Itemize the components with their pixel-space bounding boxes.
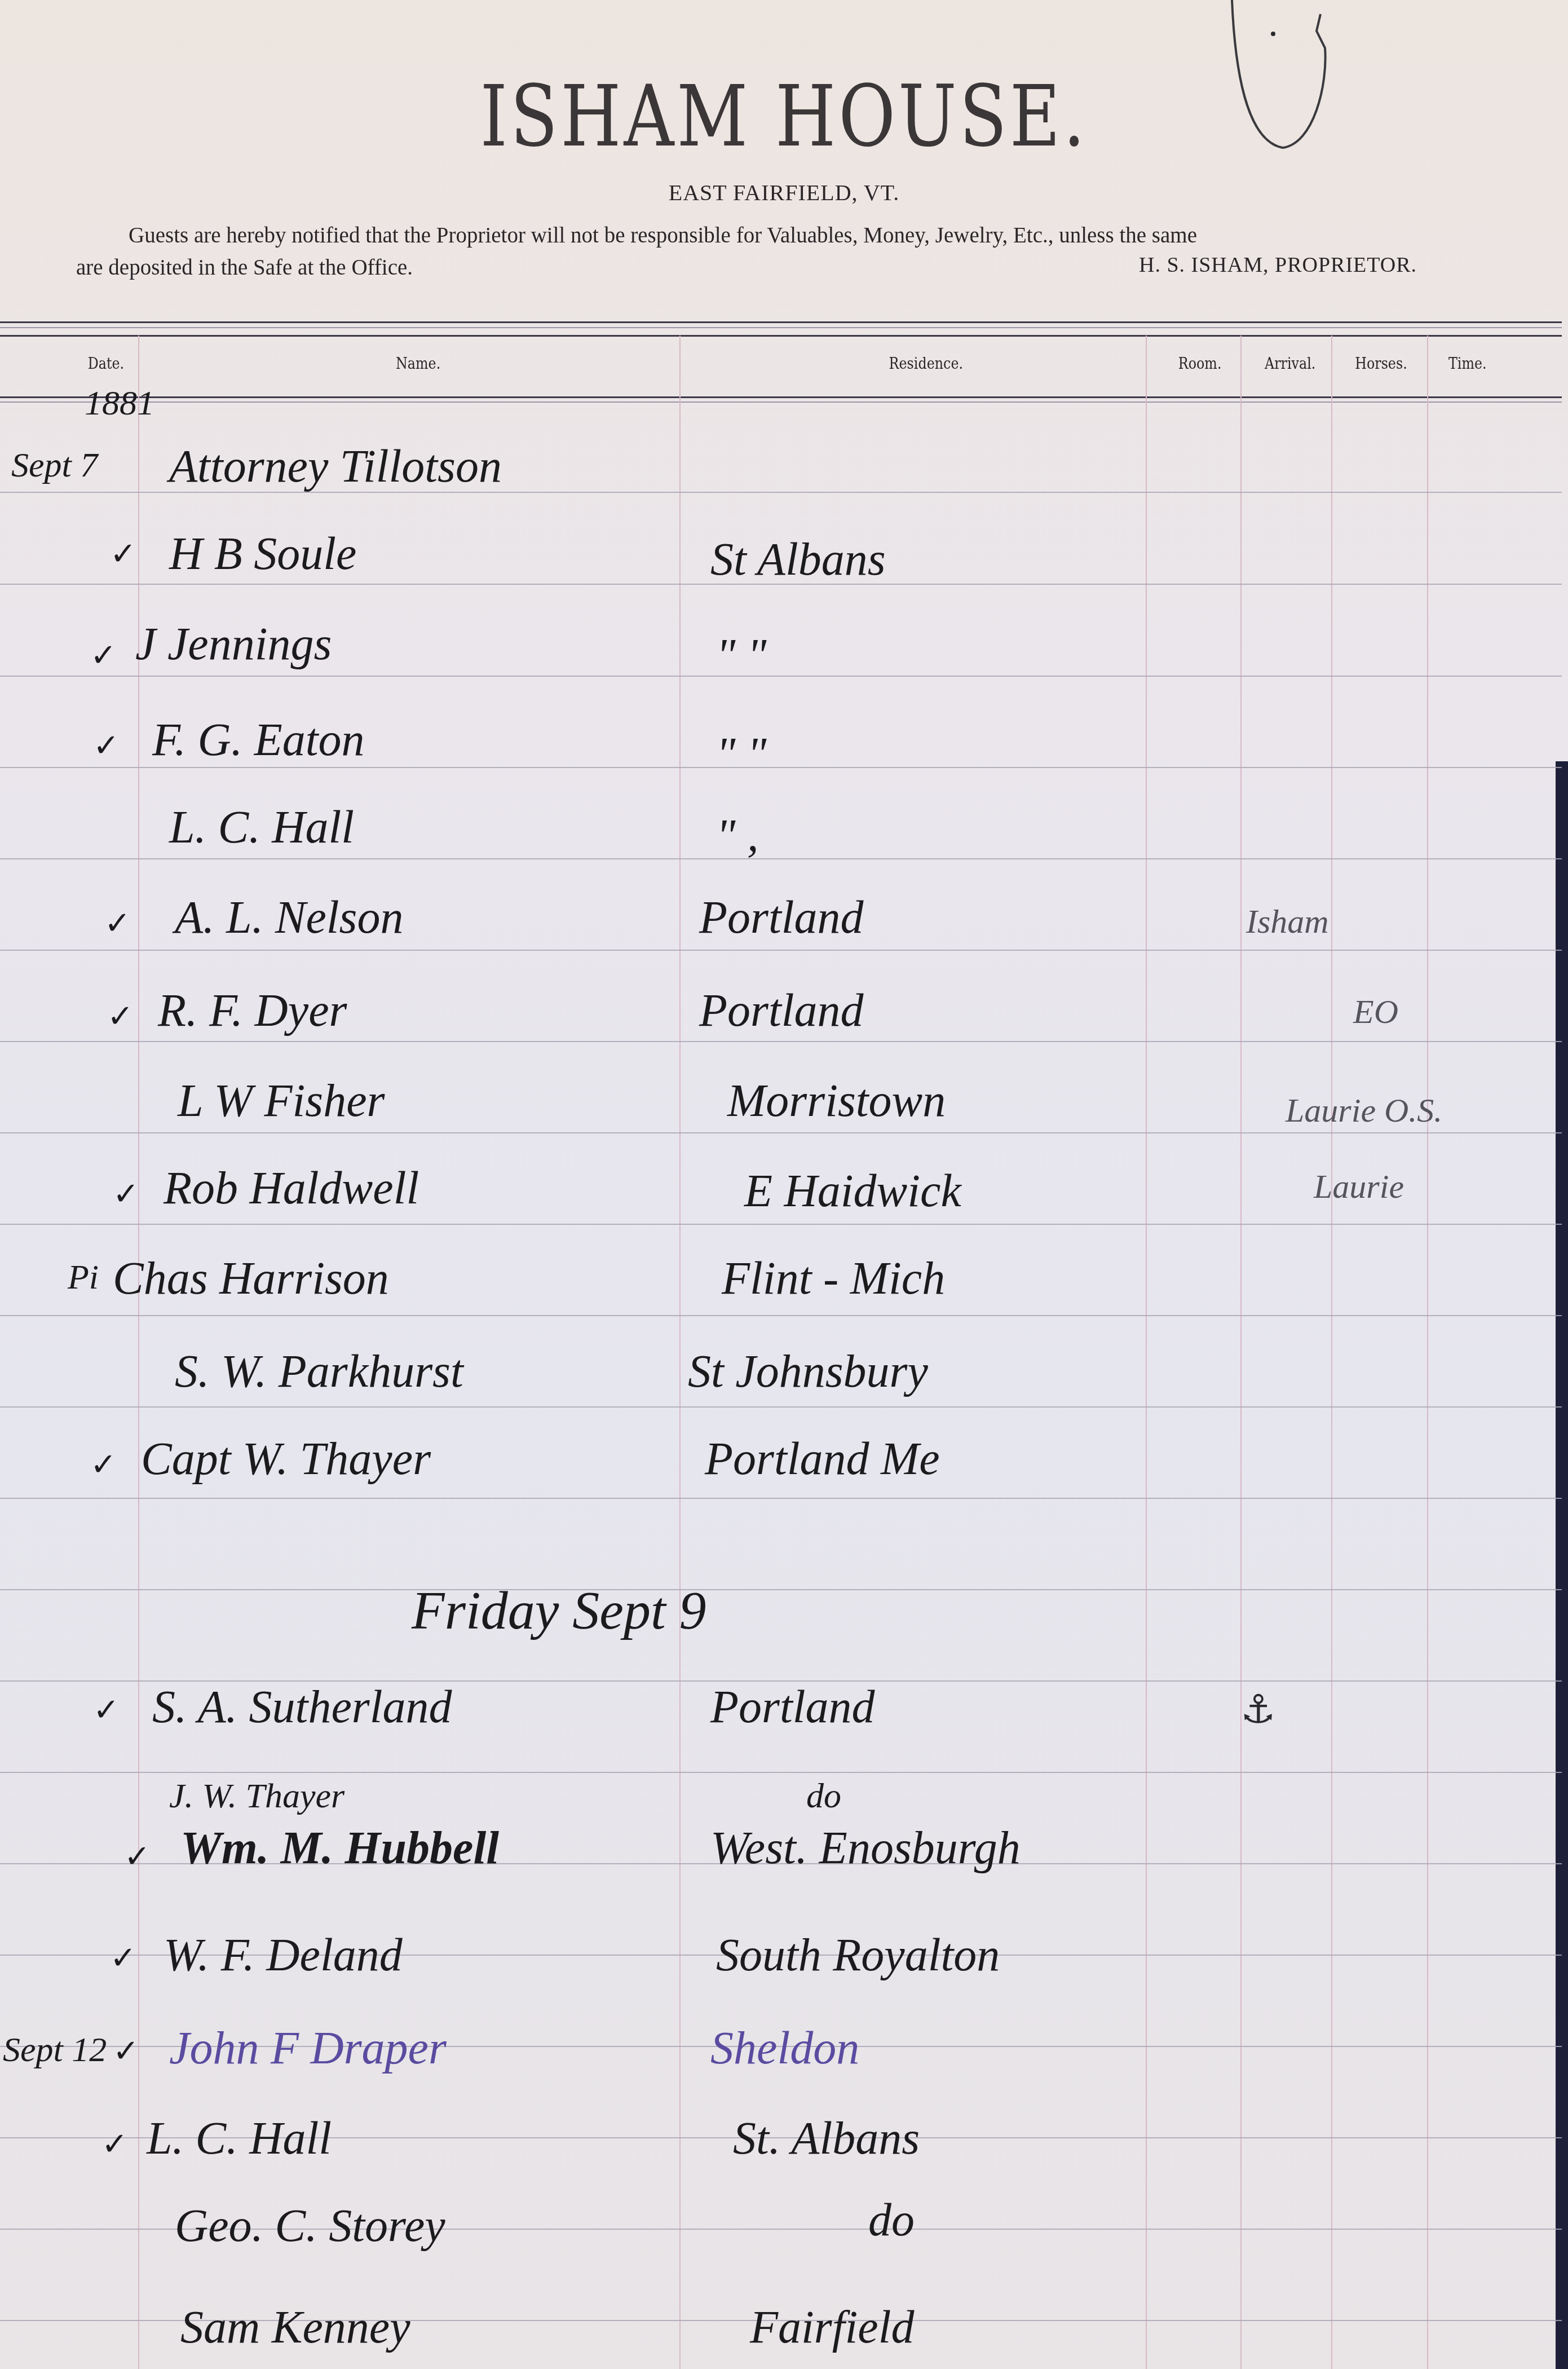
guest-name: Wm. M. Hubbell: [180, 1821, 499, 1874]
guest-name: Attorney Tillotson: [169, 440, 502, 493]
guest-name: A. L. Nelson: [175, 891, 403, 944]
column-header-date: Date.: [88, 354, 124, 373]
guest-name: S. W. Parkhurst: [175, 1345, 463, 1398]
ruled-line: [0, 1041, 1562, 1042]
arrival-note: Isham: [1246, 902, 1329, 941]
guest-name: L. C. Hall: [169, 801, 354, 854]
guest-residence: Portland: [699, 984, 864, 1037]
book-binding-edge: [1556, 761, 1568, 2369]
guest-residence: " ,: [716, 809, 758, 862]
arrival-note: Laurie: [1314, 1167, 1404, 1206]
arrival-note: Laurie O.S.: [1286, 1091, 1442, 1130]
column-header-horses: Horses.: [1355, 354, 1407, 373]
ruled-line: [0, 1132, 1562, 1133]
column-divider: [1331, 336, 1332, 2369]
guest-residence: Fairfield: [750, 2301, 915, 2354]
register-year: 1881: [85, 383, 154, 423]
guest-residence: West. Enosburgh: [710, 1821, 1021, 1874]
guest-residence: E Haidwick: [744, 1164, 961, 1217]
notice-line-2: are deposited in the Safe at the Office.: [76, 255, 413, 280]
check-mark-icon: ✓: [124, 1838, 151, 1875]
arrival-note: EO: [1353, 992, 1398, 1031]
guest-residence: St Johnsbury: [688, 1345, 928, 1398]
column-header-arrival: Arrival.: [1265, 354, 1315, 373]
guest-name: L W Fisher: [178, 1074, 385, 1127]
guest-residence: South Royalton: [716, 1929, 1000, 1982]
guest-name: R. F. Dyer: [158, 984, 347, 1037]
guest-residence: Morristown: [727, 1074, 946, 1127]
ruled-line: [0, 1406, 1562, 1408]
guest-residence: Portland: [710, 1680, 875, 1733]
ruled-line: [0, 1224, 1562, 1225]
column-divider: [1146, 336, 1147, 2369]
check-mark-icon: ✓: [93, 1692, 120, 1728]
check-mark-icon: ✓: [90, 1446, 117, 1483]
ruled-line: [0, 676, 1562, 677]
ruled-line: [0, 950, 1562, 951]
guest-residence: " ": [716, 629, 766, 682]
location-subtitle: EAST FAIRFIELD, VT.: [0, 179, 1568, 206]
guest-residence: Portland Me: [705, 1432, 940, 1485]
guest-name: W. F. Deland: [164, 1929, 403, 1982]
guest-residence: Sheldon: [710, 2022, 859, 2075]
guest-name: Chas Harrison: [113, 1252, 389, 1305]
guest-residence: " ": [716, 727, 766, 780]
header-rule-top: [0, 321, 1562, 323]
header-rule-top-thin: [0, 327, 1562, 328]
ruled-line: [0, 1315, 1562, 1316]
entry-date-mark: Pi: [68, 1258, 99, 1298]
column-header-time: Time.: [1448, 354, 1487, 373]
header-rule-top-2: [0, 335, 1562, 337]
check-mark-icon: ✓: [90, 637, 117, 674]
header-rule-bottom-thin: [0, 402, 1562, 403]
ruled-line: [0, 1498, 1562, 1499]
guest-name: S. A. Sutherland: [152, 1680, 452, 1733]
column-header-residence: Residence.: [889, 354, 963, 373]
date-heading: Friday Sept 9: [412, 1579, 706, 1642]
check-mark-icon: ✓: [93, 727, 120, 764]
register-page: ISHAM HOUSE. EAST FAIRFIELD, VT. Guests …: [0, 0, 1568, 2369]
column-divider: [1240, 336, 1242, 2369]
ruled-line: [0, 767, 1562, 768]
guest-residence: St. Albans: [733, 2112, 920, 2165]
column-divider: [679, 336, 681, 2369]
guest-residence: do: [868, 2194, 915, 2247]
guest-name: Rob Haldwell: [164, 1162, 419, 1215]
header-rule-bottom: [0, 396, 1562, 398]
check-mark-icon: ✓: [113, 1176, 139, 1212]
guest-residence: St Albans: [710, 533, 886, 586]
check-mark-icon: ✓: [107, 998, 134, 1035]
register-title: ISHAM HOUSE.: [141, 68, 1426, 166]
guest-name: H B Soule: [169, 527, 356, 580]
check-mark-icon: ✓: [113, 2033, 139, 2070]
entry-date: Sept 7: [11, 445, 98, 486]
notice-line-1: Guests are hereby notified that the Prop…: [129, 223, 1197, 248]
guest-name: F. G. Eaton: [152, 713, 365, 766]
column-divider: [1427, 336, 1428, 2369]
ruled-line: [0, 858, 1562, 859]
guest-residence: Portland: [699, 891, 864, 944]
ruled-line: [0, 1772, 1562, 1773]
check-mark-icon: ✓: [110, 1940, 136, 1977]
check-mark-icon: ✓: [110, 536, 136, 572]
guest-residence: do: [806, 1776, 841, 1816]
check-mark-icon: ✓: [104, 905, 131, 942]
arrival-mark: ⚓: [1240, 1686, 1276, 1732]
guest-name: L. C. Hall: [147, 2112, 332, 2165]
ruled-line: [0, 1589, 1562, 1590]
guest-name: Capt W. Thayer: [141, 1432, 431, 1485]
guest-name: J. W. Thayer: [169, 1776, 344, 1816]
guest-name: Geo. C. Storey: [175, 2199, 445, 2252]
column-header-name: Name.: [396, 354, 440, 373]
guest-name: John F Draper: [169, 2022, 447, 2075]
guest-name: Sam Kenney: [180, 2301, 410, 2354]
check-mark-icon: ✓: [101, 2126, 128, 2163]
entry-date: Sept 12: [3, 2030, 107, 2070]
guest-residence: Flint - Mich: [722, 1252, 945, 1305]
column-header-room: Room.: [1178, 354, 1222, 373]
proprietor-signature-line: H. S. ISHAM, PROPRIETOR.: [1139, 253, 1417, 277]
guest-name: J Jennings: [135, 617, 332, 670]
